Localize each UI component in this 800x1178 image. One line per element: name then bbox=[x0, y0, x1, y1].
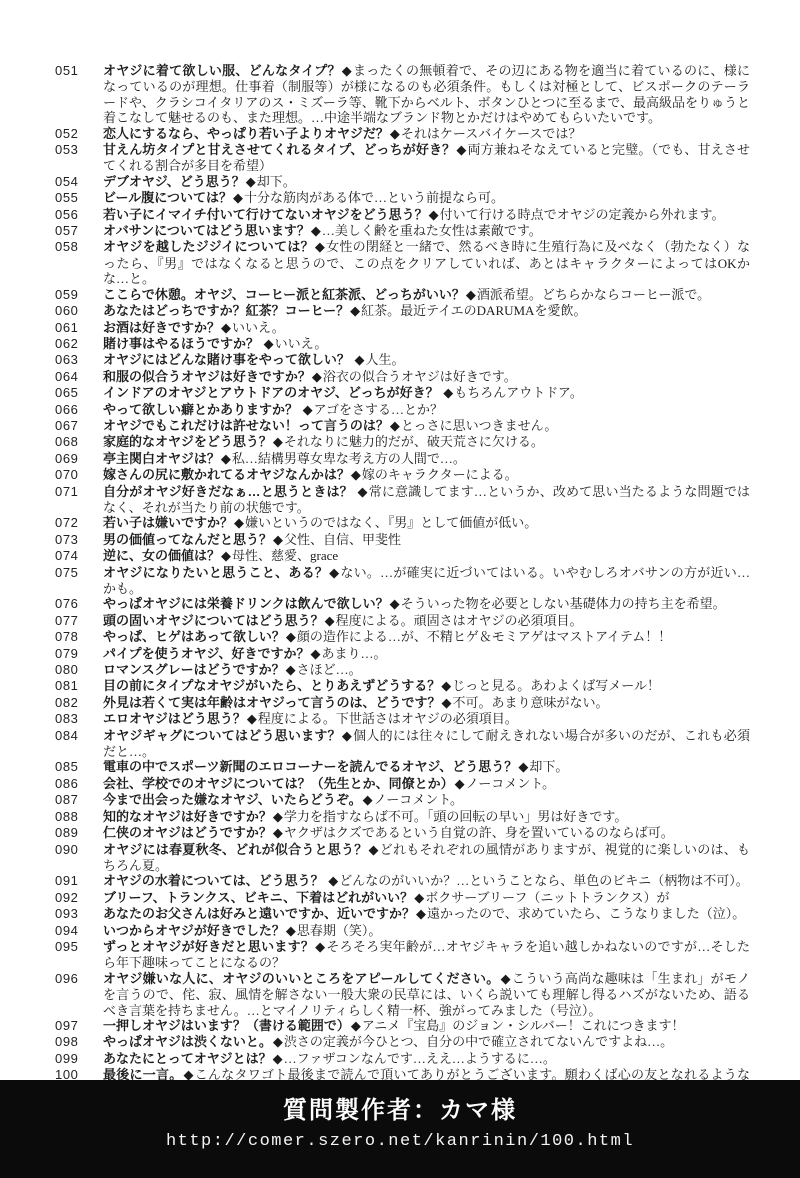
answer-text: それはケースバイケースでは？ bbox=[401, 126, 581, 141]
question-text: あなたにとってオヤジとは？ bbox=[103, 1051, 272, 1066]
qa-text: オヤジに着て欲しい服、どんなタイプ？◆まったくの無頓着で、その辺にある物を適当に… bbox=[103, 63, 750, 126]
diamond-separator-icon: ◆ bbox=[440, 696, 452, 711]
answer-text: 嫁のキャラクターによる。 bbox=[362, 467, 518, 482]
qa-number: 070 bbox=[55, 467, 103, 482]
qa-text: 会社、学校でのオヤジについては？（先生とか、同僚とか）◆ノーコメント。 bbox=[103, 776, 750, 792]
qa-row: 058 オヤジを越したジジイについては？◆女性の閉経と一緒で、然るべき時に生殖行… bbox=[55, 239, 750, 286]
question-text: 今まで出会った嫌なオヤジ、いたらどうぞ。 bbox=[103, 792, 362, 807]
qa-row: 099 あなたにとってオヤジとは？◆…ファザコンなんです…ええ…ようするに…。 bbox=[55, 1051, 750, 1067]
qa-number: 054 bbox=[55, 174, 103, 189]
qa-row: 086 会社、学校でのオヤジについては？（先生とか、同僚とか）◆ノーコメント。 bbox=[55, 776, 750, 792]
qa-row: 063 オヤジにはどんな賭け事をやって欲しい？ ◆人生。 bbox=[55, 352, 750, 368]
question-text: パイプを使うオヤジ、好きですか？ bbox=[103, 646, 309, 661]
diamond-separator-icon: ◆ bbox=[349, 304, 361, 319]
answer-text: ボクサーブリーフ（ニットトランクス）が bbox=[425, 890, 669, 905]
diamond-separator-icon: ◆ bbox=[442, 386, 454, 401]
qa-text: ブリーフ、トランクス、ビキニ、下着はどれがいい？◆ボクサーブリーフ（ニットトラン… bbox=[103, 890, 750, 906]
diamond-separator-icon: ◆ bbox=[350, 468, 362, 483]
qa-text: インドアのオヤジとアウトドアのオヤジ、どっちが好き？ ◆もちろんアウトドア。 bbox=[103, 385, 750, 401]
diamond-separator-icon: ◆ bbox=[310, 224, 322, 239]
answer-text: じっと見る。あわよくば写メール！ bbox=[452, 678, 660, 693]
diamond-separator-icon: ◆ bbox=[500, 972, 512, 987]
qa-number: 069 bbox=[55, 451, 103, 466]
answer-text: 紅茶。最近テイエのDARUMAを愛飲。 bbox=[361, 303, 586, 318]
diamond-separator-icon: ◆ bbox=[353, 353, 365, 368]
qa-number: 082 bbox=[55, 695, 103, 710]
answer-text: 渋さの定義が今ひとつ、自分の中で確立されてないんですよね…。 bbox=[284, 1034, 673, 1049]
qa-number: 074 bbox=[55, 548, 103, 563]
question-text: オバサンについてはどう思います？ bbox=[103, 223, 310, 238]
answer-text: ヤクザはクズであるという自覚の許、身を置いているのならば可。 bbox=[284, 825, 674, 840]
qa-text: やっぱオヤジには栄養ドリンクは飲んで欲しい？◆そういった物を必要としない基礎体力… bbox=[103, 596, 750, 612]
answer-text: 母性、慈愛、grace bbox=[232, 548, 338, 563]
question-text: デブオヤジ、どう思う？ bbox=[103, 174, 245, 189]
diamond-separator-icon: ◆ bbox=[220, 549, 232, 564]
qa-text: オヤジを越したジジイについては？◆女性の閉経と一緒で、然るべき時に生殖行為に及べ… bbox=[103, 239, 750, 286]
qa-number: 097 bbox=[55, 1018, 103, 1033]
question-text: 目の前にタイプなオヤジがいたら、とりあえずどうする？ bbox=[103, 678, 440, 693]
question-text: 賭け事はやるほうですか？ bbox=[103, 336, 263, 351]
qa-row: 088 知的なオヤジは好きですか？◆学力を指すならば不可。「頭の回転の早い」男は… bbox=[55, 809, 750, 825]
qa-number: 077 bbox=[55, 613, 103, 628]
qa-row: 082 外見は若くて実は年齢はオヤジって言うのは、どうです？◆不可。あまり意味が… bbox=[55, 695, 750, 711]
answer-text: どんなのがいいか？…ということなら、単色のビキニ（柄物は不可）。 bbox=[339, 873, 749, 888]
answer-text: …美しく齢を重ねた女性は素敵です。 bbox=[322, 223, 542, 238]
qa-number: 080 bbox=[55, 662, 103, 677]
answer-text: 人生。 bbox=[365, 352, 404, 367]
diamond-separator-icon: ◆ bbox=[389, 127, 401, 142]
qa-row: 098 やっぱオヤジは渋くないと。◆渋さの定義が今ひとつ、自分の中で確立されてな… bbox=[55, 1034, 750, 1050]
diamond-separator-icon: ◆ bbox=[357, 485, 369, 500]
qa-text: パイプを使うオヤジ、好きですか？◆あまり…。 bbox=[103, 646, 750, 662]
answer-text: 思春期（笑）。 bbox=[297, 923, 382, 938]
question-text: ブリーフ、トランクス、ビキニ、下着はどれがいい？ bbox=[103, 890, 413, 905]
qa-number: 078 bbox=[55, 629, 103, 644]
question-text: 電車の中でスポーツ新聞のエロコーナーを読んでるオヤジ、どう思う？ bbox=[103, 759, 517, 774]
question-text: お酒は好きですか？ bbox=[103, 320, 220, 335]
qa-row: 061 お酒は好きですか？◆いいえ。 bbox=[55, 320, 750, 336]
question-text: 会社、学校でのオヤジについては？（先生とか、同僚とか） bbox=[103, 776, 454, 791]
qa-row: 097 一押しオヤジはいます？（書ける範囲で）◆アニメ『宝島』のジョン・シルバー… bbox=[55, 1018, 750, 1034]
answer-text: いいえ。 bbox=[232, 320, 285, 335]
answer-text: 程度による。頑固さはオヤジの必須項目。 bbox=[336, 613, 583, 628]
qa-text: 甘えん坊タイプと甘えさせてくれるタイプ、どっちが好き？◆両方兼ねそなえていると完… bbox=[103, 142, 750, 174]
diamond-separator-icon: ◆ bbox=[517, 760, 529, 775]
answer-text: 酒派希望。どちらかならコーヒー派で。 bbox=[477, 287, 710, 302]
qa-number: 081 bbox=[55, 678, 103, 693]
diamond-separator-icon: ◆ bbox=[328, 566, 340, 581]
diamond-separator-icon: ◆ bbox=[233, 516, 245, 531]
qa-number: 066 bbox=[55, 402, 103, 417]
answer-text: 却下。 bbox=[529, 759, 568, 774]
answer-text: ノーコメント。 bbox=[466, 776, 555, 791]
diamond-separator-icon: ◆ bbox=[311, 370, 323, 385]
question-text: やっぱオヤジには栄養ドリンクは飲んで欲しい？ bbox=[103, 596, 389, 611]
diamond-separator-icon: ◆ bbox=[362, 793, 374, 808]
diamond-separator-icon: ◆ bbox=[465, 288, 477, 303]
question-text: オヤジギャグについてはどう思います？ bbox=[103, 728, 341, 743]
diamond-separator-icon: ◆ bbox=[285, 630, 297, 645]
qa-number: 083 bbox=[55, 711, 103, 726]
diamond-separator-icon: ◆ bbox=[415, 907, 427, 922]
question-text: 一押しオヤジはいます？（書ける範囲で） bbox=[103, 1018, 350, 1033]
qa-row: 065 インドアのオヤジとアウトドアのオヤジ、どっちが好き？ ◆もちろんアウトド… bbox=[55, 385, 750, 401]
question-text: オヤジになりたいと思うこと、ある？ bbox=[103, 565, 328, 580]
answer-text: 顔の造作による…が、不精ヒゲ＆モミアゲはマストアイテム！！ bbox=[297, 629, 671, 644]
qa-number: 055 bbox=[55, 190, 103, 205]
qa-number: 079 bbox=[55, 646, 103, 661]
qa-number: 072 bbox=[55, 515, 103, 530]
qa-row: 081 目の前にタイプなオヤジがいたら、とりあえずどうする？◆じっと見る。あわよ… bbox=[55, 678, 750, 694]
qa-row: 094 いつからオヤジが好きでした？◆思春期（笑）。 bbox=[55, 923, 750, 939]
answer-text: とっさに思いつきません。 bbox=[401, 418, 558, 433]
question-text: 自分がオヤジ好きだなぁ…と思うときは？ bbox=[103, 484, 357, 499]
qa-row: 068 家庭的なオヤジをどう思う？◆それなりに魅力的だが、破天荒さに欠ける。 bbox=[55, 434, 750, 450]
qa-row: 054 デブオヤジ、どう思う？◆却下。 bbox=[55, 174, 750, 190]
question-text: 仁侠のオヤジはどうですか？ bbox=[103, 825, 272, 840]
answer-text: さほど…。 bbox=[297, 662, 362, 677]
qa-text: ビール腹については？◆十分な筋肉がある体で…という前提なら可。 bbox=[103, 190, 750, 206]
qa-number: 064 bbox=[55, 369, 103, 384]
qa-number: 088 bbox=[55, 809, 103, 824]
answer-text: 不可。あまり意味がない。 bbox=[452, 695, 608, 710]
diamond-separator-icon: ◆ bbox=[263, 337, 275, 352]
answer-text: いいえ。 bbox=[275, 336, 328, 351]
qa-number: 076 bbox=[55, 596, 103, 611]
qa-text: 賭け事はやるほうですか？ ◆いいえ。 bbox=[103, 336, 750, 352]
diamond-separator-icon: ◆ bbox=[350, 1019, 362, 1034]
qa-text: オバサンについてはどう思います？◆…美しく齢を重ねた女性は素敵です。 bbox=[103, 223, 750, 239]
answer-text: アニメ『宝島』のジョン・シルバー！これにつきます！ bbox=[362, 1018, 685, 1033]
qa-number: 062 bbox=[55, 336, 103, 351]
qa-row: 052 恋人にするなら、やっぱり若い子よりオヤジだ？◆それはケースバイケースでは… bbox=[55, 126, 750, 142]
qa-text: あなたにとってオヤジとは？◆…ファザコンなんです…ええ…ようするに…。 bbox=[103, 1051, 750, 1067]
question-text: 恋人にするなら、やっぱり若い子よりオヤジだ？ bbox=[103, 126, 389, 141]
question-text: エロオヤジはどう思う？ bbox=[103, 711, 246, 726]
qa-text: 若い子は嫌いですか？◆嫌いというのではなく、『男』として価値が低い。 bbox=[103, 515, 750, 531]
diamond-separator-icon: ◆ bbox=[302, 403, 314, 418]
question-text: ずっとオヤジが好きだと思います？ bbox=[103, 939, 314, 954]
qa-row: 071 自分がオヤジ好きだなぁ…と思うときは？ ◆常に意識してます…というか、改… bbox=[55, 484, 750, 516]
qa-row: 073 男の価値ってなんだと思う？◆父性、自信、甲斐性 bbox=[55, 532, 750, 548]
qa-row: 059 ここらで休憩。オヤジ、コーヒー派と紅茶派、どっちがいい？◆酒派希望。どち… bbox=[55, 287, 750, 303]
qa-number: 052 bbox=[55, 126, 103, 141]
qa-number: 087 bbox=[55, 792, 103, 807]
question-text: いつからオヤジが好きでした？ bbox=[103, 923, 285, 938]
answer-text: 程度による。下世話さはオヤジの必須項目。 bbox=[258, 711, 518, 726]
question-text: オヤジにはどんな賭け事をやって欲しい？ bbox=[103, 352, 353, 367]
qa-row: 087 今まで出会った嫌なオヤジ、いたらどうぞ。◆ノーコメント。 bbox=[55, 792, 750, 808]
qa-text: ここらで休憩。オヤジ、コーヒー派と紅茶派、どっちがいい？◆酒派希望。どちらかなら… bbox=[103, 287, 750, 303]
question-text: オヤジには春夏秋冬、どれが似合うと思う？ bbox=[103, 842, 368, 857]
qa-row: 095 ずっとオヤジが好きだと思います？◆そろそろ実年齢が…オヤジキャラを追い越… bbox=[55, 939, 750, 971]
diamond-separator-icon: ◆ bbox=[413, 891, 425, 906]
qa-text: 今まで出会った嫌なオヤジ、いたらどうぞ。◆ノーコメント。 bbox=[103, 792, 750, 808]
answer-text: 浴衣の似合うオヤジは好きです。 bbox=[323, 369, 517, 384]
question-text: あなたのお父さんは好みと遠いですか、近いですか？ bbox=[103, 906, 415, 921]
qa-text: 和服の似合うオヤジは好きですか？◆浴衣の似合うオヤジは好きです。 bbox=[103, 369, 750, 385]
diamond-separator-icon: ◆ bbox=[220, 452, 232, 467]
qa-text: 若い子にイマイチ付いて行けてないオヤジをどう思う？◆付いて行ける時点でオヤジの定… bbox=[103, 207, 750, 223]
question-text: オヤジに着て欲しい服、どんなタイプ？ bbox=[103, 63, 341, 78]
diamond-separator-icon: ◆ bbox=[272, 810, 284, 825]
qa-text: 亭主関白オヤジは？◆私…結構男尊女卑な考え方の人間で…。 bbox=[103, 451, 750, 467]
qa-number: 086 bbox=[55, 776, 103, 791]
qa-number: 095 bbox=[55, 939, 103, 954]
qa-row: 083 エロオヤジはどう思う？◆程度による。下世話さはオヤジの必須項目。 bbox=[55, 711, 750, 727]
question-text: 若い子にイマイチ付いて行けてないオヤジをどう思う？ bbox=[103, 207, 428, 222]
question-text: ビール腹については？ bbox=[103, 190, 232, 205]
qa-number: 061 bbox=[55, 320, 103, 335]
answer-text: 十分な筋肉がある体で…という前提なら可。 bbox=[244, 190, 504, 205]
qa-text: あなたのお父さんは好みと遠いですか、近いですか？◆遠かったので、求めていたら、こ… bbox=[103, 906, 750, 922]
scanned-qa-page: 051 オヤジに着て欲しい服、どんなタイプ？◆まったくの無頓着で、その辺にある物… bbox=[0, 0, 800, 1178]
question-text: オヤジ嫌いな人に、オヤジのいいところをアピールしてください。 bbox=[103, 971, 500, 986]
qa-text: オヤジの水着については、どう思う？ ◆どんなのがいいか？…ということなら、単色の… bbox=[103, 873, 750, 889]
qa-row: 051 オヤジに着て欲しい服、どんなタイプ？◆まったくの無頓着で、その辺にある物… bbox=[55, 63, 750, 126]
qa-number: 073 bbox=[55, 532, 103, 547]
qa-row: 062 賭け事はやるほうですか？ ◆いいえ。 bbox=[55, 336, 750, 352]
diamond-separator-icon: ◆ bbox=[389, 597, 401, 612]
qa-text: ロマンスグレーはどうですか？◆さほど…。 bbox=[103, 662, 750, 678]
qa-text: オヤジでもこれだけは許せない！って言うのは？◆とっさに思いつきません。 bbox=[103, 418, 750, 434]
qa-row: 053 甘えん坊タイプと甘えさせてくれるタイプ、どっちが好き？◆両方兼ねそなえて… bbox=[55, 142, 750, 174]
qa-number: 067 bbox=[55, 418, 103, 433]
qa-number: 075 bbox=[55, 565, 103, 580]
diamond-separator-icon: ◆ bbox=[327, 874, 339, 889]
diamond-separator-icon: ◆ bbox=[455, 143, 467, 158]
answer-text: もちろんアウトドア。 bbox=[454, 385, 583, 400]
qa-text: いつからオヤジが好きでした？◆思春期（笑）。 bbox=[103, 923, 750, 939]
answer-text: 付いて行ける時点でオヤジの定義から外れます。 bbox=[440, 207, 725, 222]
qa-text: やっぱ、ヒゲはあって欲しい？◆顔の造作による…が、不精ヒゲ＆モミアゲはマストアイ… bbox=[103, 629, 750, 645]
qa-row: 096 オヤジ嫌いな人に、オヤジのいいところをアピールしてください。◆こういう高… bbox=[55, 971, 750, 1018]
qa-number: 093 bbox=[55, 906, 103, 921]
diamond-separator-icon: ◆ bbox=[324, 614, 336, 629]
qa-row: 089 仁侠のオヤジはどうですか？◆ヤクザはクズであるという自覚の許、身を置いて… bbox=[55, 825, 750, 841]
question-text: 逆に、女の価値は？ bbox=[103, 548, 220, 563]
qa-text: 目の前にタイプなオヤジがいたら、とりあえずどうする？◆じっと見る。あわよくば写メ… bbox=[103, 678, 750, 694]
qa-text: 知的なオヤジは好きですか？◆学力を指すならば不可。「頭の回転の早い」男は好きです… bbox=[103, 809, 750, 825]
answer-text: そういった物を必要としない基礎体力の持ち主を希望。 bbox=[401, 596, 726, 611]
qa-text: 電車の中でスポーツ新聞のエロコーナーを読んでるオヤジ、どう思う？◆却下。 bbox=[103, 759, 750, 775]
diamond-separator-icon: ◆ bbox=[341, 64, 353, 79]
qa-text: オヤジには春夏秋冬、どれが似合うと思う？◆どれもそれぞれの風情がありますが、視覚… bbox=[103, 842, 750, 874]
qa-row: 064 和服の似合うオヤジは好きですか？◆浴衣の似合うオヤジは好きです。 bbox=[55, 369, 750, 385]
answer-text: それなりに魅力的だが、破天荒さに欠ける。 bbox=[284, 434, 544, 449]
question-text: あなたはどっちですか？紅茶？コーヒー？ bbox=[103, 303, 349, 318]
qa-number: 090 bbox=[55, 842, 103, 857]
qa-number: 098 bbox=[55, 1034, 103, 1049]
qa-text: 嫁さんの尻に敷かれてるオヤジなんかは？◆嫁のキャラクターによる。 bbox=[103, 467, 750, 483]
qa-text: 家庭的なオヤジをどう思う？◆それなりに魅力的だが、破天荒さに欠ける。 bbox=[103, 434, 750, 450]
question-text: 和服の似合うオヤジは好きですか？ bbox=[103, 369, 311, 384]
qa-row: 057 オバサンについてはどう思います？◆…美しく齢を重ねた女性は素敵です。 bbox=[55, 223, 750, 239]
qa-text: 逆に、女の価値は？◆母性、慈愛、grace bbox=[103, 548, 750, 564]
diamond-separator-icon: ◆ bbox=[389, 419, 401, 434]
qa-text: デブオヤジ、どう思う？◆却下。 bbox=[103, 174, 750, 190]
qa-row: 055 ビール腹については？◆十分な筋肉がある体で…という前提なら可。 bbox=[55, 190, 750, 206]
qa-number: 063 bbox=[55, 352, 103, 367]
qa-row: 072 若い子は嫌いですか？◆嫌いというのではなく、『男』として価値が低い。 bbox=[55, 515, 750, 531]
qa-number: 094 bbox=[55, 923, 103, 938]
footer-credit-bar: 質問製作者：カマ様 http://comer.szero.net/kanrini… bbox=[0, 1080, 800, 1178]
qa-text: エロオヤジはどう思う？◆程度による。下世話さはオヤジの必須項目。 bbox=[103, 711, 750, 727]
question-text: 亭主関白オヤジは？ bbox=[103, 451, 220, 466]
qa-number: 065 bbox=[55, 385, 103, 400]
qa-text: お酒は好きですか？◆いいえ。 bbox=[103, 320, 750, 336]
question-text: オヤジを越したジジイについては？ bbox=[103, 239, 314, 254]
answer-text: アゴをさする…とか？ bbox=[314, 402, 443, 417]
question-text: 若い子は嫌いですか？ bbox=[103, 515, 233, 530]
qa-text: オヤジにはどんな賭け事をやって欲しい？ ◆人生。 bbox=[103, 352, 750, 368]
answer-text: 遠かったので、求めていたら、こうなりました（泣）。 bbox=[427, 906, 745, 921]
answer-text: 父性、自信、甲斐性 bbox=[284, 532, 401, 547]
qa-number: 057 bbox=[55, 223, 103, 238]
qa-text: ずっとオヤジが好きだと思います？◆そろそろ実年齢が…オヤジキャラを追い越しかねな… bbox=[103, 939, 750, 971]
qa-number: 099 bbox=[55, 1051, 103, 1066]
qa-number: 092 bbox=[55, 890, 103, 905]
answer-text: 却下。 bbox=[257, 174, 296, 189]
diamond-separator-icon: ◆ bbox=[428, 208, 440, 223]
answer-text: あまり…。 bbox=[321, 646, 386, 661]
qa-row: 085 電車の中でスポーツ新聞のエロコーナーを読んでるオヤジ、どう思う？◆却下。 bbox=[55, 759, 750, 775]
qa-number: 096 bbox=[55, 971, 103, 986]
diamond-separator-icon: ◆ bbox=[341, 729, 353, 744]
qa-number: 089 bbox=[55, 825, 103, 840]
question-text: 知的なオヤジは好きですか？ bbox=[103, 809, 272, 824]
question-text: 嫁さんの尻に敷かれてるオヤジなんかは？ bbox=[103, 467, 350, 482]
qa-number: 053 bbox=[55, 142, 103, 157]
question-text: 甘えん坊タイプと甘えさせてくれるタイプ、どっちが好き？ bbox=[103, 142, 455, 157]
diamond-separator-icon: ◆ bbox=[368, 843, 380, 858]
qa-row: 091 オヤジの水着については、どう思う？ ◆どんなのがいいか？…ということなら… bbox=[55, 873, 750, 889]
qa-text: 頭の固いオヤジについてはどう思う？◆程度による。頑固さはオヤジの必須項目。 bbox=[103, 613, 750, 629]
qa-text: オヤジ嫌いな人に、オヤジのいいところをアピールしてください。◆こういう高尚な趣味… bbox=[103, 971, 750, 1018]
qa-row: 076 やっぱオヤジには栄養ドリンクは飲んで欲しい？◆そういった物を必要としない… bbox=[55, 596, 750, 612]
answer-text: 私…結構男尊女卑な考え方の人間で…。 bbox=[232, 451, 466, 466]
source-url-text: http://comer.szero.net/kanrinin/100.html bbox=[0, 1132, 800, 1151]
qa-list: 051 オヤジに着て欲しい服、どんなタイプ？◆まったくの無頓着で、その辺にある物… bbox=[0, 0, 800, 1099]
answer-text: ノーコメント。 bbox=[374, 792, 463, 807]
qa-number: 060 bbox=[55, 303, 103, 318]
qa-number: 051 bbox=[55, 63, 103, 78]
qa-number: 059 bbox=[55, 287, 103, 302]
question-text: ロマンスグレーはどうですか？ bbox=[103, 662, 285, 677]
diamond-separator-icon: ◆ bbox=[272, 1035, 284, 1050]
qa-row: 070 嫁さんの尻に敷かれてるオヤジなんかは？◆嫁のキャラクターによる。 bbox=[55, 467, 750, 483]
diamond-separator-icon: ◆ bbox=[272, 826, 284, 841]
question-text: インドアのオヤジとアウトドアのオヤジ、どっちが好き？ bbox=[103, 385, 442, 400]
diamond-separator-icon: ◆ bbox=[314, 940, 326, 955]
qa-row: 067 オヤジでもこれだけは許せない！って言うのは？◆とっさに思いつきません。 bbox=[55, 418, 750, 434]
qa-row: 074 逆に、女の価値は？◆母性、慈愛、grace bbox=[55, 548, 750, 564]
qa-row: 066 やって欲しい癖とかありますか？ ◆アゴをさする…とか？ bbox=[55, 402, 750, 418]
qa-row: 060 あなたはどっちですか？紅茶？コーヒー？◆紅茶。最近テイエのDARUMAを… bbox=[55, 303, 750, 319]
qa-row: 080 ロマンスグレーはどうですか？◆さほど…。 bbox=[55, 662, 750, 678]
diamond-separator-icon: ◆ bbox=[314, 240, 326, 255]
qa-text: 外見は若くて実は年齢はオヤジって言うのは、どうです？◆不可。あまり意味がない。 bbox=[103, 695, 750, 711]
credit-text: 質問製作者：カマ様 bbox=[0, 1090, 800, 1125]
qa-text: あなたはどっちですか？紅茶？コーヒー？◆紅茶。最近テイエのDARUMAを愛飲。 bbox=[103, 303, 750, 319]
qa-row: 090 オヤジには春夏秋冬、どれが似合うと思う？◆どれもそれぞれの風情があります… bbox=[55, 842, 750, 874]
qa-text: 男の価値ってなんだと思う？◆父性、自信、甲斐性 bbox=[103, 532, 750, 548]
qa-row: 079 パイプを使うオヤジ、好きですか？◆あまり…。 bbox=[55, 646, 750, 662]
qa-text: やっぱオヤジは渋くないと。◆渋さの定義が今ひとつ、自分の中で確立されてないんです… bbox=[103, 1034, 750, 1050]
diamond-separator-icon: ◆ bbox=[232, 191, 244, 206]
qa-row: 069 亭主関白オヤジは？◆私…結構男尊女卑な考え方の人間で…。 bbox=[55, 451, 750, 467]
diamond-separator-icon: ◆ bbox=[285, 924, 297, 939]
diamond-separator-icon: ◆ bbox=[285, 663, 297, 678]
question-text: やって欲しい癖とかありますか？ bbox=[103, 402, 302, 417]
qa-text: オヤジギャグについてはどう思います？◆個人的には往々にして耐えきれない場合が多い… bbox=[103, 728, 750, 760]
question-text: やっぱオヤジは渋くないと。 bbox=[103, 1034, 272, 1049]
question-text: オヤジでもこれだけは許せない！って言うのは？ bbox=[103, 418, 389, 433]
qa-row: 075 オヤジになりたいと思うこと、ある？◆ない。…が確実に近づいてはいる。いや… bbox=[55, 565, 750, 597]
diamond-separator-icon: ◆ bbox=[272, 1052, 284, 1067]
question-text: 男の価値ってなんだと思う？ bbox=[103, 532, 272, 547]
diamond-separator-icon: ◆ bbox=[454, 777, 466, 792]
diamond-separator-icon: ◆ bbox=[272, 435, 284, 450]
qa-number: 068 bbox=[55, 434, 103, 449]
qa-row: 092 ブリーフ、トランクス、ビキニ、下着はどれがいい？◆ボクサーブリーフ（ニッ… bbox=[55, 890, 750, 906]
qa-number: 056 bbox=[55, 207, 103, 222]
answer-text: 嫌いというのではなく、『男』として価値が低い。 bbox=[245, 515, 537, 530]
qa-row: 084 オヤジギャグについてはどう思います？◆個人的には往々にして耐えきれない場… bbox=[55, 728, 750, 760]
diamond-separator-icon: ◆ bbox=[220, 321, 232, 336]
qa-number: 091 bbox=[55, 873, 103, 888]
diamond-separator-icon: ◆ bbox=[272, 533, 284, 548]
question-text: 外見は若くて実は年齢はオヤジって言うのは、どうです？ bbox=[103, 695, 440, 710]
qa-text: やって欲しい癖とかありますか？ ◆アゴをさする…とか？ bbox=[103, 402, 750, 418]
qa-text: 恋人にするなら、やっぱり若い子よりオヤジだ？◆それはケースバイケースでは？ bbox=[103, 126, 750, 142]
qa-text: オヤジになりたいと思うこと、ある？◆ない。…が確実に近づいてはいる。いやむしろオ… bbox=[103, 565, 750, 597]
diamond-separator-icon: ◆ bbox=[309, 647, 321, 662]
diamond-separator-icon: ◆ bbox=[245, 175, 257, 190]
answer-text: 学力を指すならば不可。「頭の回転の早い」男は好きです。 bbox=[284, 809, 627, 824]
answer-text: …ファザコンなんです…ええ…ようするに…。 bbox=[284, 1051, 556, 1066]
qa-row: 077 頭の固いオヤジについてはどう思う？◆程度による。頑固さはオヤジの必須項目… bbox=[55, 613, 750, 629]
qa-text: 一押しオヤジはいます？（書ける範囲で）◆アニメ『宝島』のジョン・シルバー！これに… bbox=[103, 1018, 750, 1034]
question-text: ここらで休憩。オヤジ、コーヒー派と紅茶派、どっちがいい？ bbox=[103, 287, 465, 302]
qa-number: 084 bbox=[55, 728, 103, 743]
question-text: 頭の固いオヤジについてはどう思う？ bbox=[103, 613, 324, 628]
qa-number: 071 bbox=[55, 484, 103, 499]
qa-row: 078 やっぱ、ヒゲはあって欲しい？◆顔の造作による…が、不精ヒゲ＆モミアゲはマ… bbox=[55, 629, 750, 645]
diamond-separator-icon: ◆ bbox=[246, 712, 258, 727]
question-text: やっぱ、ヒゲはあって欲しい？ bbox=[103, 629, 285, 644]
qa-row: 056 若い子にイマイチ付いて行けてないオヤジをどう思う？◆付いて行ける時点でオ… bbox=[55, 207, 750, 223]
qa-text: 自分がオヤジ好きだなぁ…と思うときは？ ◆常に意識してます…というか、改めて思い… bbox=[103, 484, 750, 516]
qa-row: 093 あなたのお父さんは好みと遠いですか、近いですか？◆遠かったので、求めてい… bbox=[55, 906, 750, 922]
qa-number: 058 bbox=[55, 239, 103, 254]
qa-text: 仁侠のオヤジはどうですか？◆ヤクザはクズであるという自覚の許、身を置いているのな… bbox=[103, 825, 750, 841]
qa-number: 085 bbox=[55, 759, 103, 774]
question-text: オヤジの水着については、どう思う？ bbox=[103, 873, 327, 888]
diamond-separator-icon: ◆ bbox=[440, 679, 452, 694]
question-text: 家庭的なオヤジをどう思う？ bbox=[103, 434, 272, 449]
